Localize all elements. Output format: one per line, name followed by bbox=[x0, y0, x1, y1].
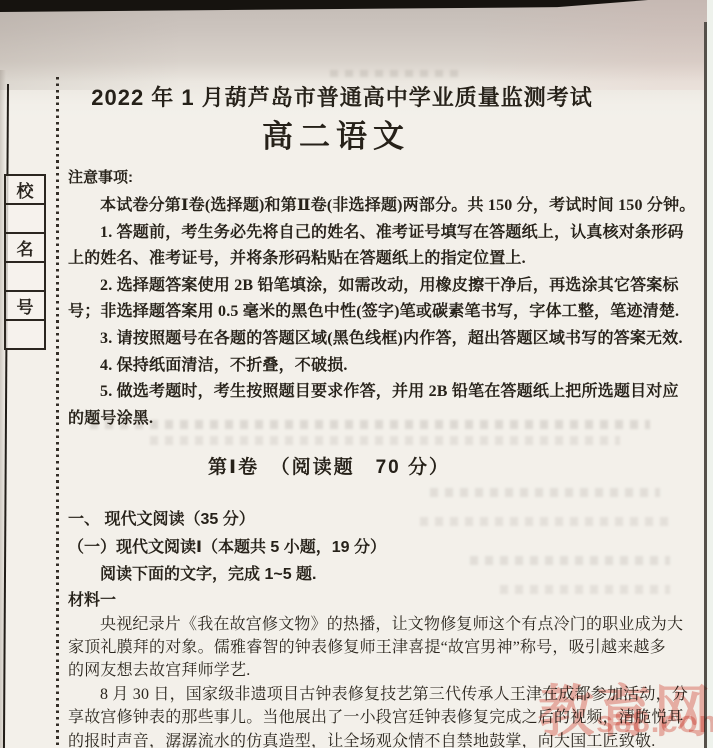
seal-box-school-label: 校 bbox=[4, 174, 46, 205]
seal-box-number-label: 号 bbox=[4, 292, 46, 321]
notice-line: 的题号涂黑. bbox=[68, 406, 700, 433]
subsection-heading: （一）现代文阅读Ⅰ（本题共 5 小题，19 分） bbox=[68, 534, 700, 562]
reading-instruction: 阅读下面的文字，完成 1~5 题. bbox=[68, 561, 700, 589]
subject-title: 高二语文 bbox=[20, 117, 652, 157]
paragraph-line: 8 月 30 日，国家级非遗项目古钟表修复技艺第三代传承人王津在成都参加活动，分 bbox=[68, 683, 700, 706]
paragraph-line: 享故宫修钟表的那些事儿。当他展出了一小段宫廷钟表修复完成之后的视频，清脆悦耳 bbox=[68, 706, 700, 729]
bleedthrough-smudge bbox=[330, 70, 460, 77]
binding-dotted-line bbox=[56, 77, 59, 748]
scan-edge-black-bar bbox=[0, 0, 648, 13]
paragraph-line: 家顶礼膜拜的对象。儒雅睿智的钟表修复师王津喜提“故宫男神”称号，吸引越来越多 bbox=[68, 636, 700, 659]
bleedthrough-smudge bbox=[150, 436, 620, 445]
paragraph-line: 央视纪录片《我在故宫修文物》的热播，让文物修复师这个有点冷门的职业成为大 bbox=[68, 613, 700, 636]
notice-heading: 注意事项: bbox=[68, 167, 700, 189]
seal-box-name-label: 名 bbox=[4, 234, 46, 263]
seal-school-text: 校 bbox=[17, 177, 34, 202]
seal-info-boxes: 校 名 号 bbox=[4, 174, 44, 350]
title-block: 2022 年 1 月葫芦岛市普通高中学业质量监测考试 高二语文 bbox=[68, 84, 700, 157]
volume-1-heading: 第Ⅰ卷 （阅读题 70 分） bbox=[13, 452, 645, 479]
material-1-label: 材料一 bbox=[68, 589, 700, 613]
seal-box-school-blank bbox=[4, 205, 46, 234]
reading-section: 一、 现代文阅读（35 分） （一）现代文阅读Ⅰ（本题共 5 小题，19 分） … bbox=[68, 506, 700, 748]
scan-right-margin bbox=[707, 0, 713, 748]
notice-line: 1. 答题前，考生务必先将自己的姓名、准考证号填写在答题纸上，认真核对条形码 bbox=[68, 220, 700, 247]
notice-line: 5. 做选考题时，考生按照题目要求作答，并用 2B 铅笔在答题纸上把所选题目对应 bbox=[68, 379, 700, 406]
scan-tint-overlay bbox=[0, 0, 713, 90]
notice-line: 3. 请按照题号在各题的答题区域(黑色线框)内作答，超出答题区域书写的答案无效. bbox=[68, 326, 700, 353]
notice-line: 4. 保持纸面清洁，不折叠，不破损. bbox=[68, 353, 700, 380]
seal-box-number-blank bbox=[4, 321, 46, 350]
notice-line: 上的姓名、准考证号，并将条形码粘贴在答题纸上的指定位置上. bbox=[68, 246, 700, 273]
bleedthrough-smudge bbox=[430, 488, 660, 497]
seal-name-text: 名 bbox=[17, 235, 34, 260]
notice-line: 本试卷分第Ⅰ卷(选择题)和第Ⅱ卷(非选择题)两部分。共 150 分，考试时间 1… bbox=[68, 193, 700, 220]
exam-title: 2022 年 1 月葫芦岛市普通高中学业质量监测考试 bbox=[26, 84, 658, 112]
notice-section: 注意事项: 本试卷分第Ⅰ卷(选择题)和第Ⅱ卷(非选择题)两部分。共 150 分，… bbox=[68, 167, 700, 432]
seal-box-name-blank bbox=[4, 263, 46, 292]
seal-number-text: 号 bbox=[17, 293, 34, 318]
paragraph-line: 的网友想去故宫拜师学艺. bbox=[68, 659, 700, 682]
notice-line: 2. 选择题答案使用 2B 铅笔填涂，如需改动，用橡皮擦干净后，再选涂其它答案标 bbox=[68, 273, 700, 300]
section-heading: 一、 现代文阅读（35 分） bbox=[68, 506, 700, 534]
notice-line: 号；非选择题答案用 0.5 毫米的黑色中性(签字)笔或碳素笔书写，字体工整，笔迹… bbox=[68, 299, 700, 326]
paragraph-line: 的报时声音，潺潺流水的仿真造型，让全场观众情不自禁地鼓掌，向大国工匠致敬. bbox=[68, 730, 700, 748]
